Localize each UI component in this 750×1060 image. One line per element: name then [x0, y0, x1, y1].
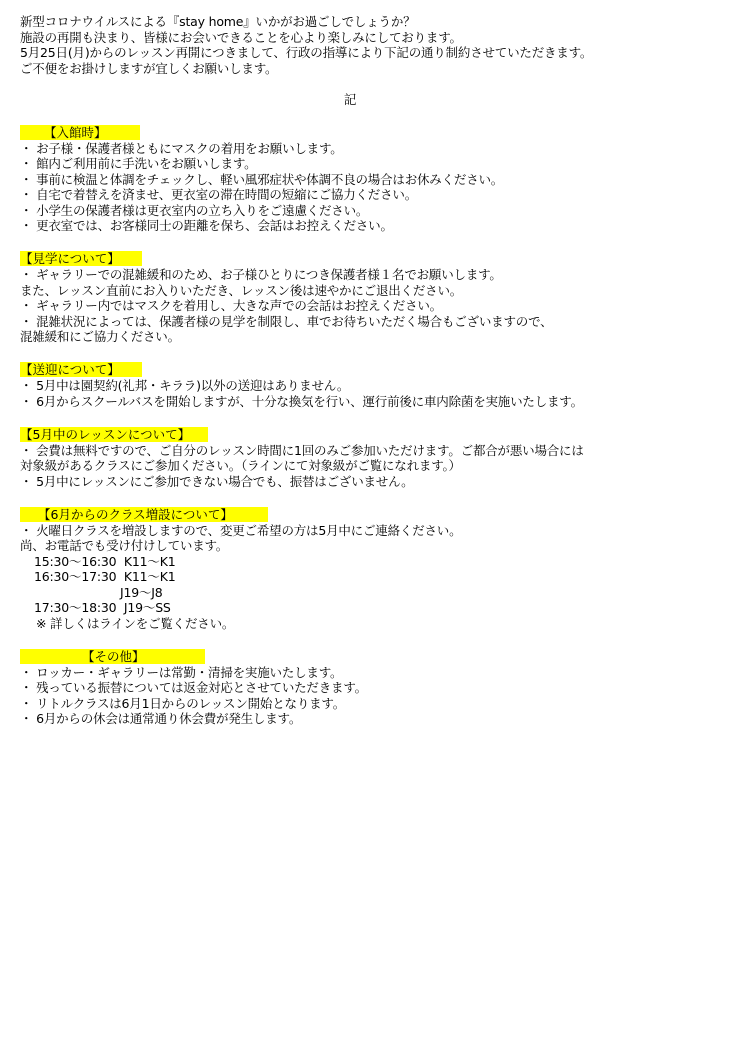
- section-heading-highlight: 【入館時】: [20, 125, 140, 140]
- intro-line: 新型コロナウイルスによる『stay home』いかがお過ごしでしょうか？: [20, 14, 740, 30]
- section-heading: 【見学について】: [20, 251, 120, 266]
- schedule-time: 16:30～17:30: [34, 569, 116, 584]
- section-heading-row: 【見学について】: [20, 251, 740, 267]
- list-item: ・ 自宅で着替えを済ませ、更衣室の滞在時間の短縮にご協力ください。: [20, 187, 740, 203]
- schedule-time: 15:30～16:30: [34, 554, 116, 569]
- intro-paragraph: 新型コロナウイルスによる『stay home』いかがお過ごしでしょうか？ 施設の…: [20, 14, 740, 76]
- list-item: ・ 6月からの休会は通常通り休会費が発生します。: [20, 711, 740, 727]
- list-item: ・ お子様・保護者様ともにマスクの着用をお願いします。: [20, 141, 740, 157]
- list-item: ・ ギャラリーでの混雑緩和のため、お子様ひとりにつき保護者様１名でお願いします。: [20, 267, 740, 283]
- section-heading: 【その他】: [20, 649, 145, 664]
- schedule-row: 15:30～16:30 K11～K1: [20, 554, 740, 570]
- section-may-lessons: 【5月中のレッスンについて】 ・ 会費は無料ですので、ご自分のレッスン時間に1回…: [20, 427, 740, 490]
- list-item: ・ 更衣室では、お客様同士の距離を保ち、会話はお控えください。: [20, 218, 740, 234]
- schedule-class: J19～J8: [120, 585, 163, 600]
- section-heading-row: 【その他】: [20, 649, 740, 665]
- schedule-table: 15:30～16:30 K11～K1 16:30～17:30 K11～K1 J1…: [20, 554, 740, 616]
- schedule-class: K11～K1: [124, 569, 176, 584]
- list-item: ・ 館内ご利用前に手洗いをお願いします。: [20, 156, 740, 172]
- schedule-row: 17:30～18:30 J19～SS: [20, 600, 740, 616]
- list-item: 対象級があるクラスにご参加ください。（ラインにて対象級がご覧になれます。）: [20, 458, 740, 474]
- intro-line: 施設の再開も決まり、皆様にお会いできることを心より楽しみにしております。: [20, 30, 740, 46]
- list-item: ・ 小学生の保護者様は更衣室内の立ち入りをご遠慮ください。: [20, 203, 740, 219]
- notice-document: 新型コロナウイルスによる『stay home』いかがお過ごしでしょうか？ 施設の…: [20, 14, 740, 727]
- section-heading-highlight: 【6月からのクラス増設について】: [20, 507, 268, 522]
- list-item: ・ 火曜日クラスを増設しますので、変更ご希望の方は5月中にご連絡ください。: [20, 523, 740, 539]
- section-pickup: 【送迎について】 ・ 5月中は園契約(礼邦・キララ)以外の送迎はありません。 ・…: [20, 362, 740, 409]
- schedule-row-continuation: J19～J8: [20, 585, 740, 601]
- section-heading-highlight: 【5月中のレッスンについて】: [20, 427, 208, 442]
- list-item: ・ リトルクラスは6月1日からのレッスン開始となります。: [20, 696, 740, 712]
- list-item: 混雑緩和にご協力ください。: [20, 329, 740, 345]
- list-item: ・ 事前に検温と体調をチェックし、軽い風邪症状や体調不良の場合はお休みください。: [20, 172, 740, 188]
- list-item: ・ 5月中は園契約(礼邦・キララ)以外の送迎はありません。: [20, 378, 740, 394]
- section-heading-row: 【6月からのクラス増設について】: [20, 507, 740, 523]
- section-observation: 【見学について】 ・ ギャラリーでの混雑緩和のため、お子様ひとりにつき保護者様１…: [20, 251, 740, 345]
- section-entry: 【入館時】 ・ お子様・保護者様ともにマスクの着用をお願いします。 ・ 館内ご利…: [20, 125, 740, 234]
- list-item: ・ 5月中にレッスンにご参加できない場合でも、振替はございません。: [20, 474, 740, 490]
- section-heading: 【5月中のレッスンについて】: [20, 427, 190, 442]
- section-heading-row: 【入館時】: [20, 125, 740, 141]
- schedule-class: K11～K1: [124, 554, 176, 569]
- list-item: また、レッスン直前にお入りいただき、レッスン後は速やかにご退出ください。: [20, 283, 740, 299]
- section-heading-highlight: 【見学について】: [20, 251, 142, 266]
- list-item: ・ 6月からスクールバスを開始しますが、十分な換気を行い、運行前後に車内除菌を実…: [20, 394, 740, 410]
- list-item: ・ ギャラリー内ではマスクを着用し、大きな声での会話はお控えください。: [20, 298, 740, 314]
- section-heading-row: 【送迎について】: [20, 362, 740, 378]
- intro-line: ご不便をお掛けしますが宜しくお願いします。: [20, 61, 740, 77]
- section-heading: 【6月からのクラス増設について】: [20, 507, 233, 522]
- ki-heading: 記: [20, 92, 680, 108]
- schedule-row: 16:30～17:30 K11～K1: [20, 569, 740, 585]
- list-item: ・ 混雑状況によっては、保護者様の見学を制限し、車でお待ちいただく場合もございま…: [20, 314, 740, 330]
- section-heading-highlight: 【その他】: [20, 649, 205, 664]
- intro-line: 5月25日(月)からのレッスン再開につきまして、行政の指導により下記の通り制約さ…: [20, 45, 740, 61]
- section-heading-row: 【5月中のレッスンについて】: [20, 427, 740, 443]
- section-june-classes: 【6月からのクラス増設について】 ・ 火曜日クラスを増設しますので、変更ご希望の…: [20, 507, 740, 632]
- section-heading: 【入館時】: [20, 125, 107, 140]
- schedule-note: ※ 詳しくはラインをご覧ください。: [20, 616, 740, 632]
- schedule-class: J19～SS: [124, 600, 171, 615]
- list-item: ・ 残っている振替については返金対応とさせていただきます。: [20, 680, 740, 696]
- schedule-time: 17:30～18:30: [34, 600, 116, 615]
- section-heading-highlight: 【送迎について】: [20, 362, 142, 377]
- section-other: 【その他】 ・ ロッカー・ギャラリーは常勤・清掃を実施いたします。 ・ 残ってい…: [20, 649, 740, 727]
- section-heading: 【送迎について】: [20, 362, 120, 377]
- list-item: ・ ロッカー・ギャラリーは常勤・清掃を実施いたします。: [20, 665, 740, 681]
- list-item: ・ 会費は無料ですので、ご自分のレッスン時間に1回のみご参加いただけます。ご都合…: [20, 443, 740, 459]
- list-item: 尚、お電話でも受け付けしています。: [20, 538, 740, 554]
